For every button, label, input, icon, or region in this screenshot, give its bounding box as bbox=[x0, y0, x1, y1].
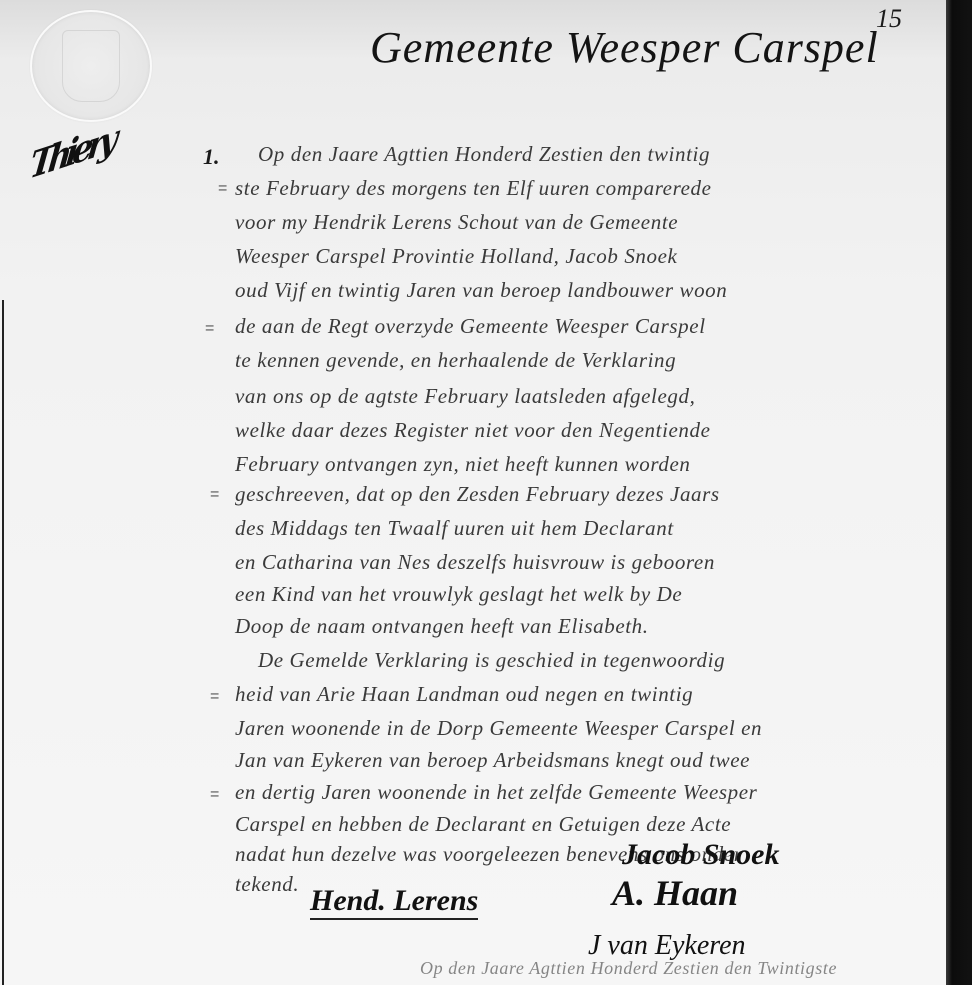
record-line: heid van Arie Haan Landman oud negen en … bbox=[235, 682, 693, 707]
signature-witness-1: A. Haan bbox=[612, 872, 738, 914]
record-line: en Catharina van Nes deszelfs huisvrouw … bbox=[235, 550, 715, 575]
record-line: Doop de naam ontvangen heeft van Elisabe… bbox=[235, 614, 649, 639]
margin-dash: = bbox=[210, 786, 219, 804]
record-line: Jan van Eykeren van beroep Arbeidsmans k… bbox=[235, 748, 750, 773]
record-line: Op den Jaare Agttien Honderd Zestien den… bbox=[258, 142, 710, 167]
book-binding-edge bbox=[946, 0, 972, 985]
record-line: oud Vijf en twintig Jaren van beroep lan… bbox=[235, 278, 727, 303]
record-line: des Middags ten Twaalf uuren uit hem Dec… bbox=[235, 516, 674, 541]
record-line: voor my Hendrik Lerens Schout van de Gem… bbox=[235, 210, 678, 235]
margin-dash: = bbox=[218, 180, 227, 198]
seal-crest bbox=[62, 30, 120, 102]
record-line: De Gemelde Verklaring is geschied in teg… bbox=[258, 648, 725, 673]
record-line: Jaren woonende in de Dorp Gemeente Weesp… bbox=[235, 716, 762, 741]
next-entry-fragment: Op den Jaare Agttien Honderd Zestien den… bbox=[420, 958, 837, 979]
register-page: Thiery 15 Gemeente Weesper Carspel 1. Op… bbox=[0, 0, 948, 985]
signature-official-text: Hend. Lerens bbox=[310, 884, 478, 920]
record-line: February ontvangen zyn, niet heeft kunne… bbox=[235, 452, 691, 477]
record-line: tekend. bbox=[235, 872, 299, 897]
record-line: en dertig Jaren woonende in het zelfde G… bbox=[235, 780, 757, 805]
margin-dash: = bbox=[210, 486, 219, 504]
record-line: Carspel en hebben de Declarant en Getuig… bbox=[235, 812, 731, 837]
record-line: ste February des morgens ten Elf uuren c… bbox=[235, 176, 712, 201]
record-line: geschreeven, dat op den Zesden February … bbox=[235, 482, 720, 507]
record-line: een Kind van het vrouwlyk geslagt het we… bbox=[235, 582, 682, 607]
signature-declarant: Jacob Snoek bbox=[622, 838, 780, 872]
page-title: Gemeente Weesper Carspel bbox=[370, 22, 879, 73]
record-line: te kennen gevende, en herhaalende de Ver… bbox=[235, 348, 676, 373]
signature-official: Hend. Lerens bbox=[310, 884, 478, 918]
entry-number: 1. bbox=[203, 144, 220, 170]
margin-dash: = bbox=[210, 688, 219, 706]
folio-number: 15 bbox=[876, 4, 902, 34]
margin-signature: Thiery bbox=[21, 111, 138, 244]
record-line: van ons op de agtste February laatsleden… bbox=[235, 384, 695, 409]
margin-dash: = bbox=[205, 320, 214, 338]
record-line: Weesper Carspel Provintie Holland, Jacob… bbox=[235, 244, 677, 269]
record-line: welke daar dezes Register niet voor den … bbox=[235, 418, 711, 443]
embossed-seal-stamp bbox=[30, 10, 152, 122]
record-line: de aan de Regt overzyde Gemeente Weesper… bbox=[235, 314, 706, 339]
page-left-edge bbox=[2, 300, 4, 985]
